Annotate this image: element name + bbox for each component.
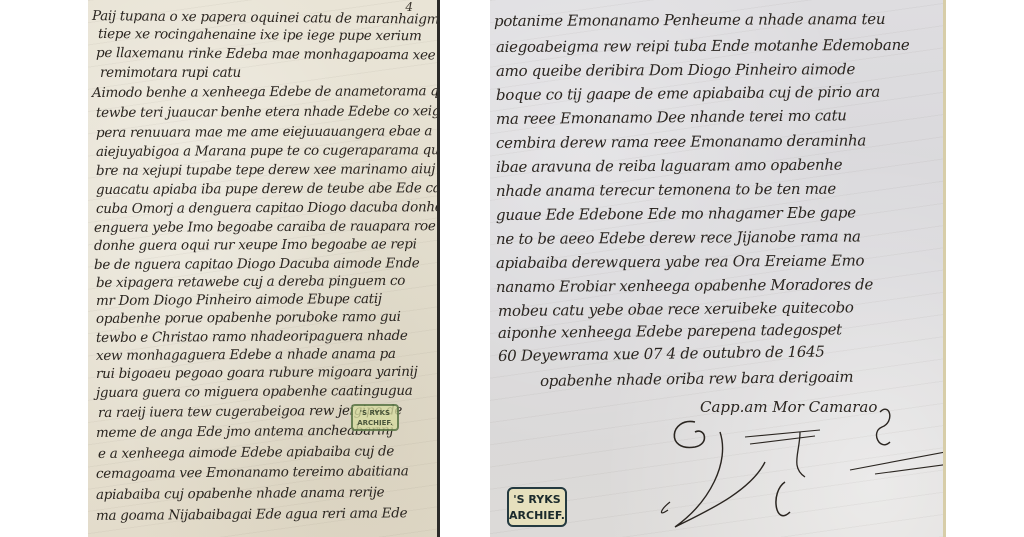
manuscript-line: cuba Omorj a denguera capitao Diogo dacu… (96, 199, 440, 217)
manuscript-line: cembira derew rama reee Emonanamo derami… (496, 131, 866, 152)
archive-stamp-small: 'S RYKS ARCHIEF. (351, 404, 399, 431)
manuscript-line: meme de anga Ede jmo antema ancheabarinj (96, 422, 394, 441)
manuscript-line: tewbe teri juaucar benhe etera nhade Ede… (96, 103, 440, 121)
manuscript-line: aiegoabeigma rew reipi tuba Ende motanhe… (496, 36, 910, 56)
manuscript-line: apiabaiba derewquera yabe rea Ora Ereiam… (496, 251, 864, 272)
manuscript-line: Aimodo benhe a xenheega Edebe de anameto… (92, 83, 440, 101)
manuscript-line: be de nguera capitao Diogo Dacuba aimode… (94, 255, 420, 273)
manuscript-line: apiabaiba cuj opabenhe nhade anama rerij… (96, 484, 384, 503)
manuscript-line: enguera yebe Imo begoabe caraiba de raua… (94, 218, 436, 236)
manuscript-line: amo queibe deribira Dom Diogo Pinheiro a… (496, 60, 855, 80)
stamp-text-line1: 'S RYKS (353, 408, 397, 418)
manuscript-line: pe llaxemanu rinke Edeba mae monhagapoam… (96, 45, 440, 64)
manuscript-line: ma goama Nijabaibagai Ede agua reri ama … (96, 505, 407, 524)
manuscript-line: pera renuuara mae me ame eiejuuauangera … (96, 123, 432, 141)
manuscript-line: 60 Deyewrama xue 07 4 de outubro de 1645 (498, 342, 825, 365)
stamp-text-line1: 'S RYKS (509, 492, 565, 508)
manuscript-line: remimotara rupi catu (100, 65, 241, 81)
manuscript-line: guacatu apiaba iba pupe derew de teube a… (96, 180, 440, 198)
manuscript-line: e a xenheega aimode Edebe apiabaiba cuj … (98, 443, 394, 462)
manuscript-line: opabenhe porue opabenhe poruboke ramo gu… (96, 309, 401, 327)
manuscript-line: bre na xejupi tupabe tepe derew xee mari… (96, 161, 435, 179)
manuscript-line: xew monhagaguera Edebe a nhade anama pa (96, 346, 396, 364)
manuscript-page-right: potanime Emonanamo Penheume a nhade anam… (490, 0, 946, 537)
manuscript-line: aiponhe xenheega Edebe parepena tadegosp… (498, 320, 842, 342)
manuscript-line: potanime Emonanamo Penheume a nhade anam… (494, 10, 885, 30)
manuscript-line: aiejuyabigoa a Marana pupe te co cugerap… (96, 142, 440, 160)
manuscript-line: ibae aravuna de reiba laguaram amo opabe… (496, 156, 842, 176)
manuscript-line: tewbo e Christao ramo nhadeoripaguera nh… (96, 328, 408, 346)
manuscript-line: ne to be aeeo Edebe derew rece Jijanobe … (496, 227, 861, 248)
manuscript-line: cemagoama vee Emonanamo tereimo abaitian… (96, 463, 409, 482)
manuscript-line: nanamo Erobiar xenheega opabenhe Morador… (496, 275, 873, 296)
manuscript-line: rui bigoaeu pegoao goara rubure migoara … (96, 364, 418, 382)
manuscript-line: tiepe xe rocingahenaine ixe ipe iege pup… (98, 26, 422, 44)
signature-block: Capp.am Mor Camarao (650, 392, 946, 537)
manuscript-line: guaue Ede Edebone Ede mo nhagamer Ebe ga… (496, 203, 856, 224)
manuscript-line: ma reee Emonanamo Dee nhande terei mo ca… (496, 106, 847, 128)
manuscript-page-left: 4 Paij tupana o xe papera oquinei catu d… (88, 0, 440, 537)
manuscript-line: boque co tij gaape de eme apiabaiba cuj … (496, 83, 880, 104)
manuscript-line: mobeu catu yebe obae rece xeruibeke quit… (498, 298, 854, 320)
stamp-text-line2: ARCHIEF. (509, 508, 565, 524)
archive-stamp: 'S RYKS ARCHIEF. (507, 487, 567, 527)
signature-flourish (650, 392, 946, 537)
stamp-text-line2: ARCHIEF. (353, 418, 397, 428)
manuscript-line: nhade anama terecur temonena to be ten m… (496, 180, 836, 200)
manuscript-line: opabenhe nhade oriba rew bara derigoaim (540, 368, 854, 390)
manuscript-line: be xipagera retawebe cuj a dereba pingue… (96, 273, 405, 291)
manuscript-line: mr Dom Diogo Pinheiro aimode Ebupe catij (96, 291, 382, 309)
manuscript-line: donhe guera oqui rur xeupe Imo begoabe a… (94, 236, 417, 254)
manuscript-line: jguara guera co miguera opabenhe caating… (96, 383, 413, 401)
manuscript-line: Paij tupana o xe papera oquinei catu de … (92, 8, 440, 28)
